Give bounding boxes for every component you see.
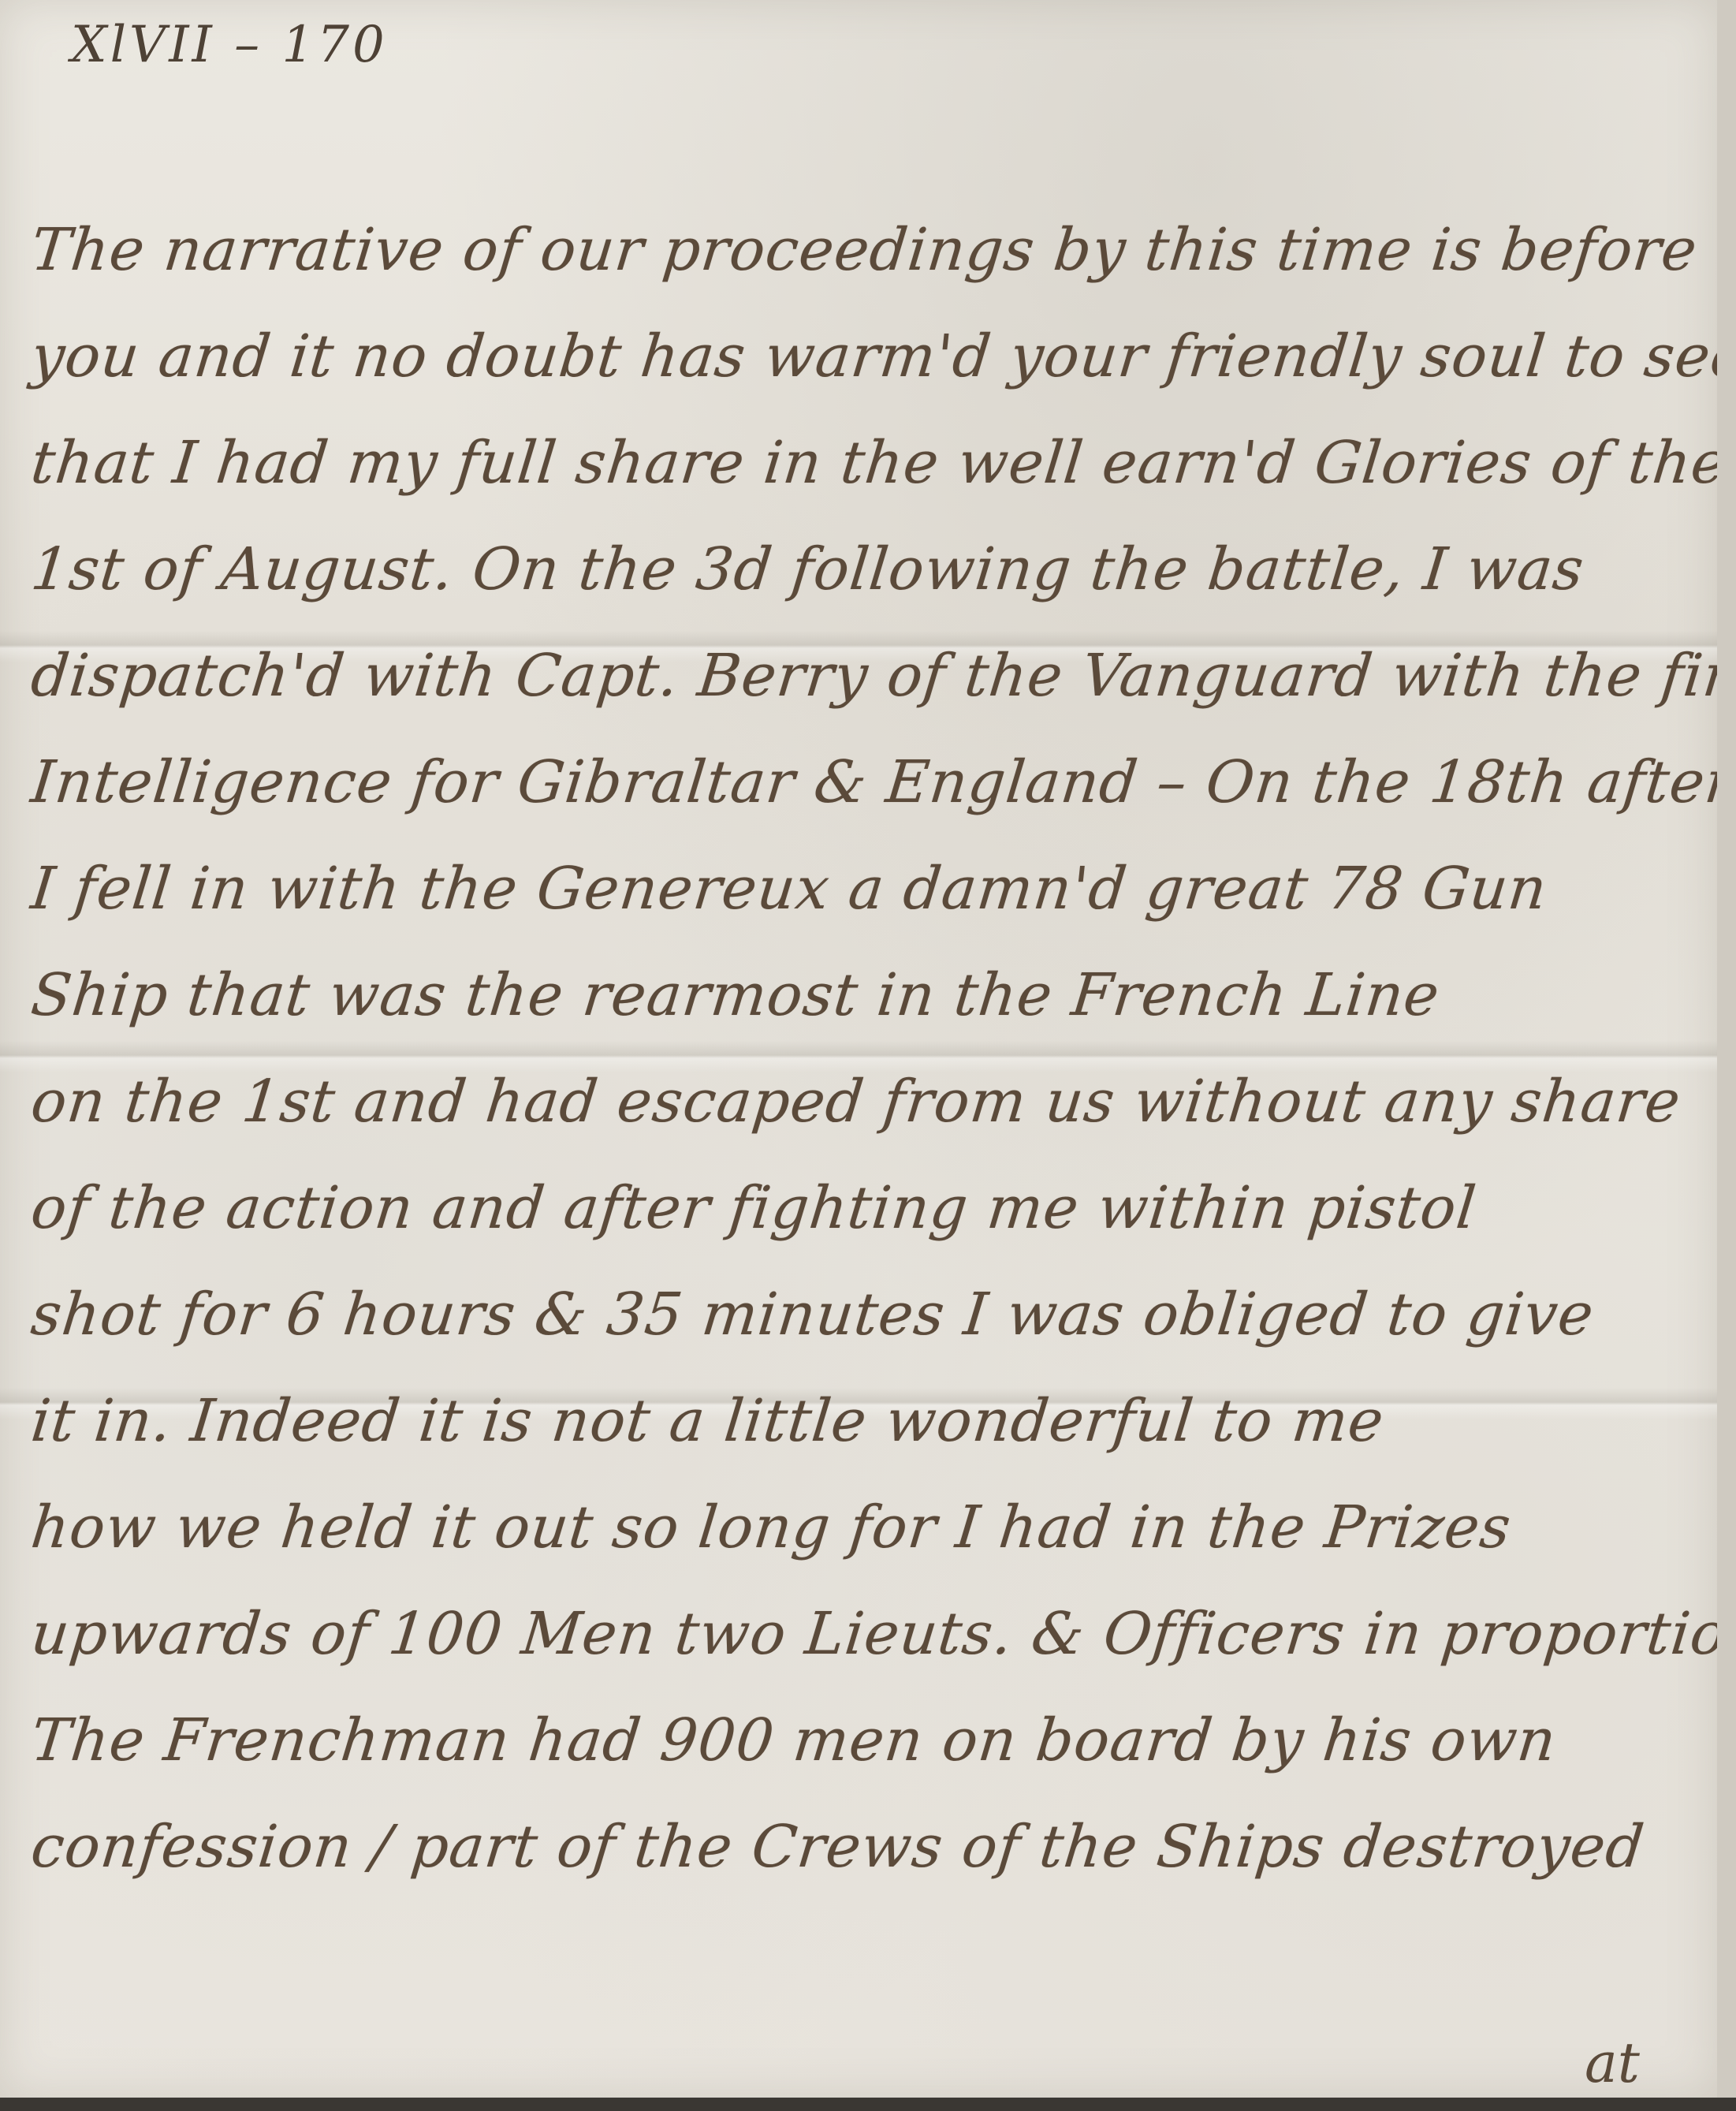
text-line: dispatch'd with Capt. Berry of the Vangu… <box>26 623 1708 729</box>
text-line: The narrative of our proceedings by this… <box>26 197 1708 304</box>
text-line: it in. Indeed it is not a little wonderf… <box>26 1368 1708 1475</box>
text-line: that I had my full share in the well ear… <box>26 410 1708 517</box>
text-line: I fell in with the Genereux a damn'd gre… <box>26 836 1708 942</box>
text-line: on the 1st and had escaped from us witho… <box>26 1049 1708 1155</box>
text-line: Intelligence for Gibraltar & England – O… <box>26 729 1708 836</box>
folio-number: XlVII – 170 <box>71 16 388 74</box>
text-line: The Frenchman had 900 men on board by hi… <box>26 1688 1708 1794</box>
text-line: upwards of 100 Men two Lieuts. & Officer… <box>26 1581 1708 1688</box>
text-line: you and it no doubt has warm'd your frie… <box>26 304 1708 410</box>
text-line: of the action and after fighting me with… <box>26 1155 1708 1262</box>
catchword: at <box>1585 2031 1640 2095</box>
page-edge-bottom <box>0 2098 1736 2111</box>
letter-page: XlVII – 170 The narrative of our proceed… <box>0 0 1717 2098</box>
text-line: shot for 6 hours & 35 minutes I was obli… <box>26 1262 1708 1368</box>
letter-body: The narrative of our proceedings by this… <box>32 197 1703 1900</box>
text-line: Ship that was the rearmost in the French… <box>26 942 1708 1049</box>
page-edge-right <box>1717 0 1736 2111</box>
text-line: 1st of August. On the 3d following the b… <box>26 517 1708 623</box>
text-line: confession / part of the Crews of the Sh… <box>26 1794 1708 1900</box>
text-line: how we held it out so long for I had in … <box>26 1475 1708 1581</box>
